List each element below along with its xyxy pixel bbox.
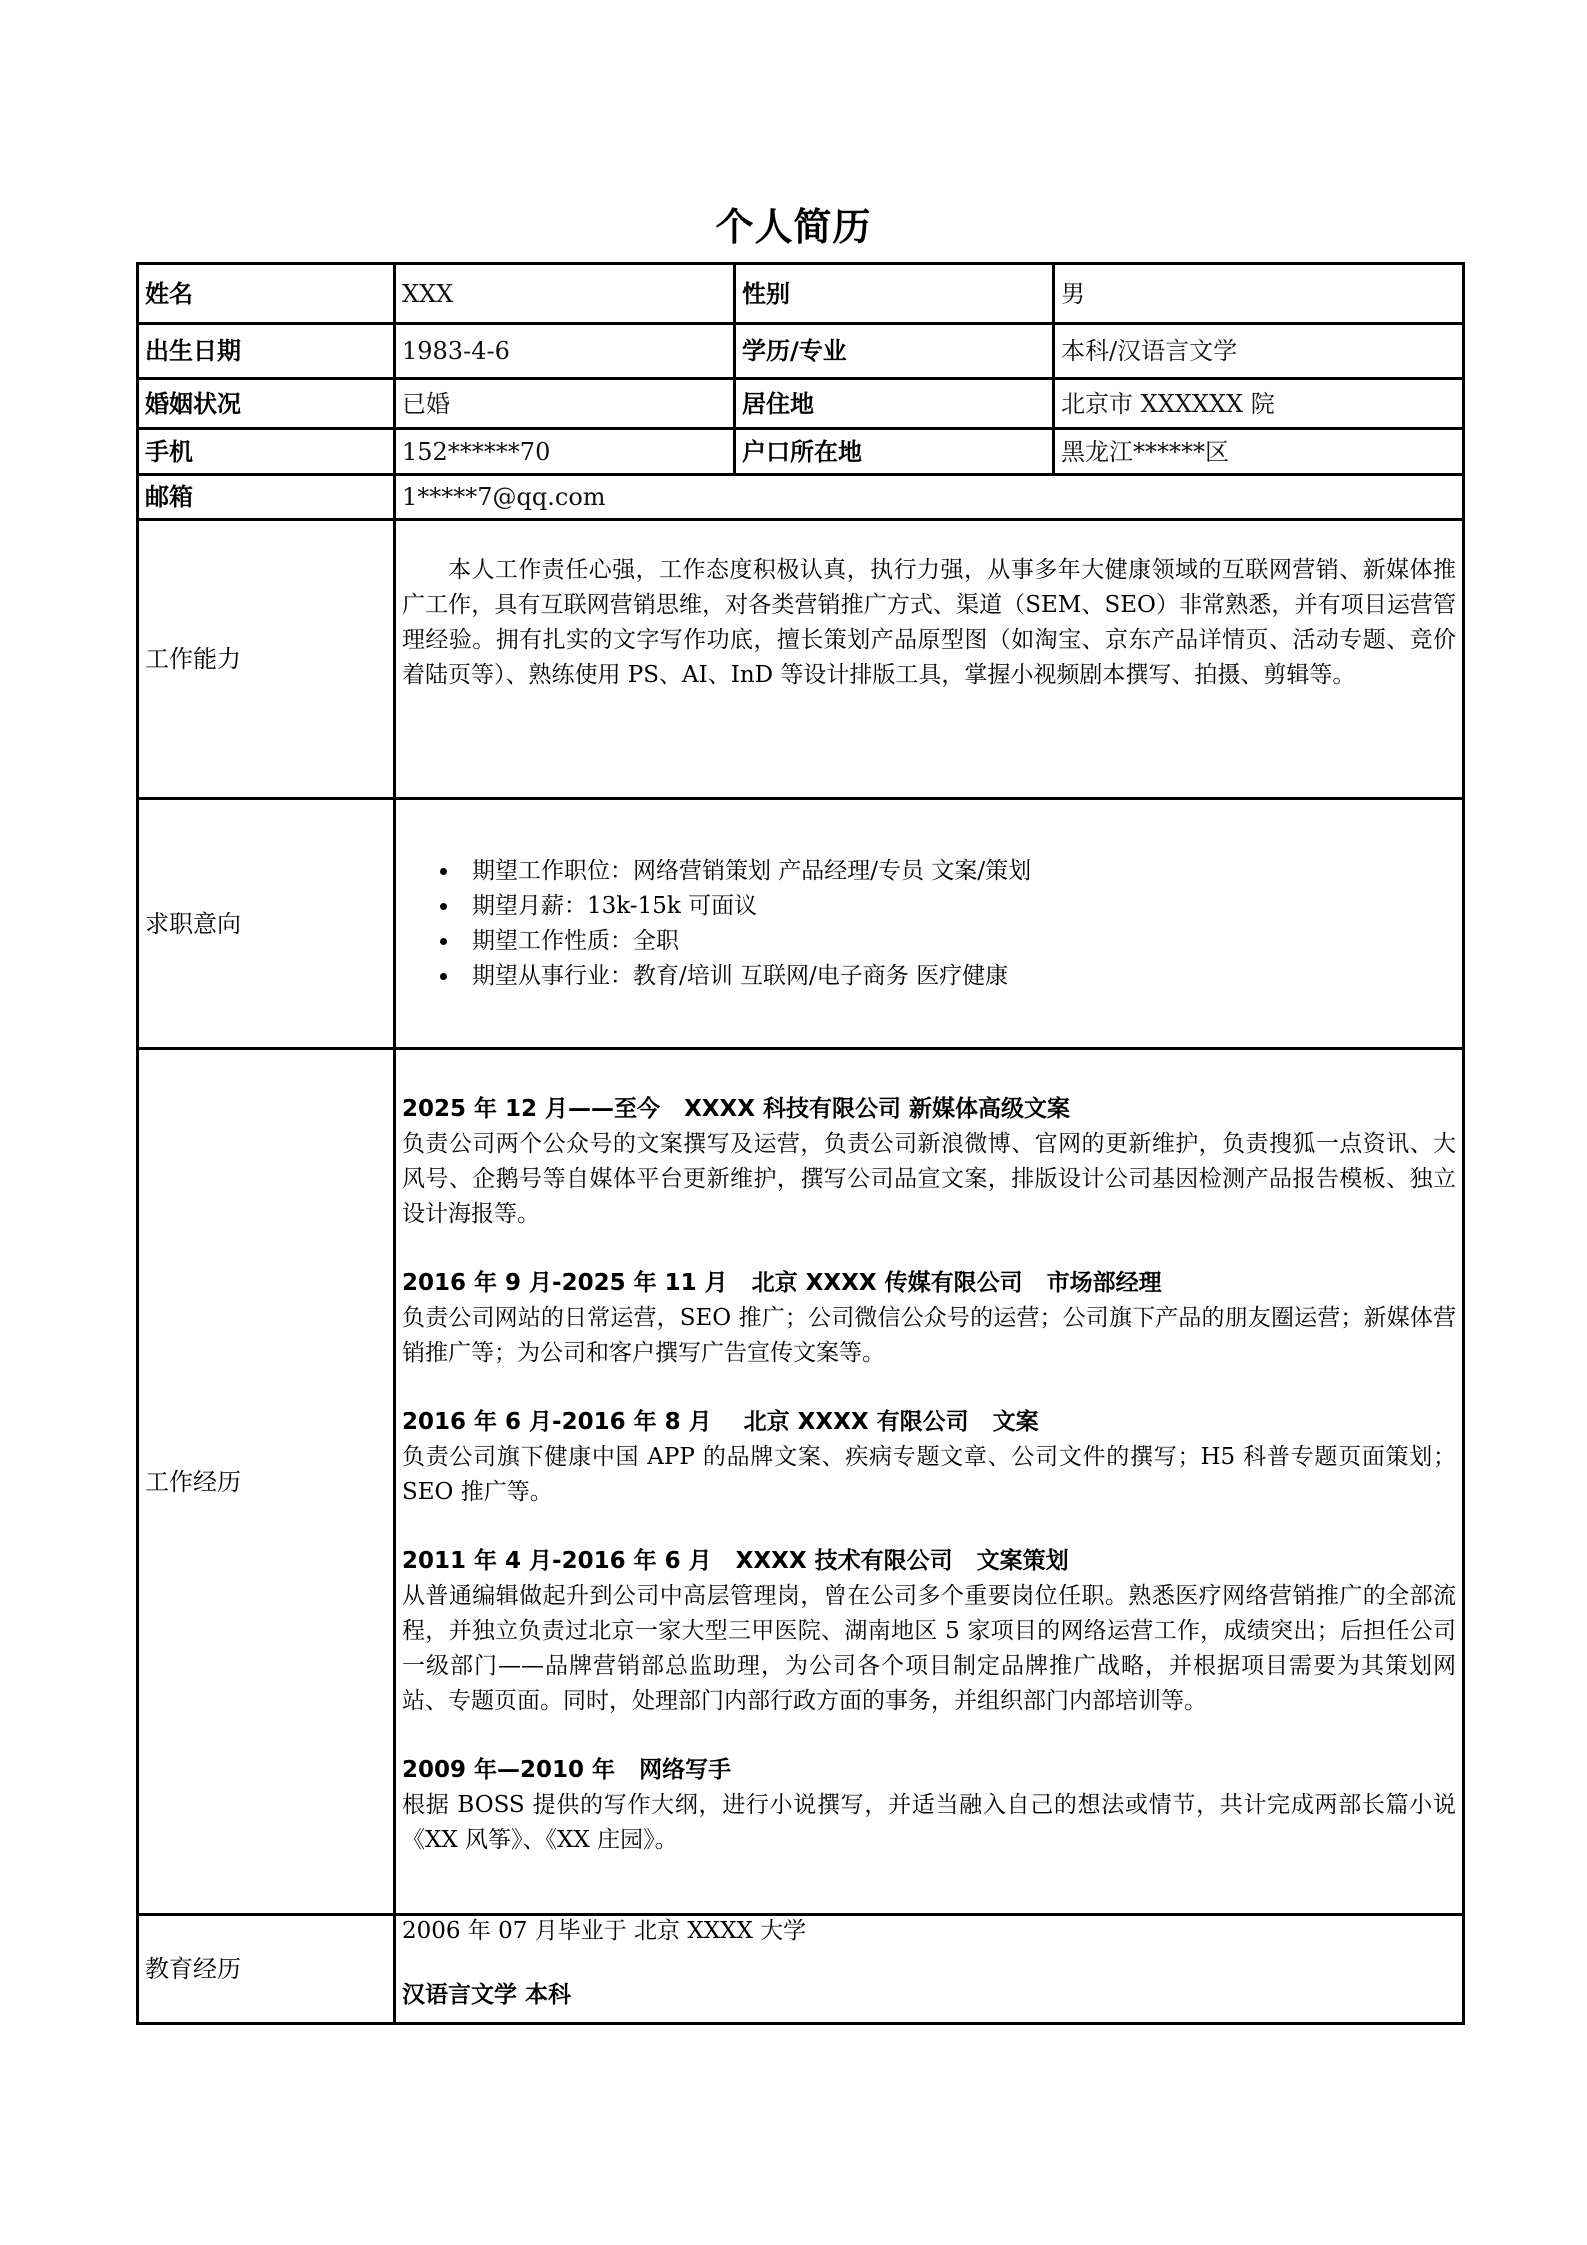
intent-salary: 期望月薪：13k-15k 可面议 [460,889,1456,924]
job-title: 2011 年 4 月-2016 年 6 月 XXXX 技术有限公司 文案策划 [402,1544,1456,1579]
job-entry: 2016 年 6 月-2016 年 8 月 北京 XXXX 有限公司 文案 负责… [402,1405,1456,1510]
abilities-label: 工作能力 [138,520,395,799]
hukou-value: 黑龙江******区 [1054,429,1464,475]
row-marital-residence: 婚姻状况 已婚 居住地 北京市 XXXXXX 院 [138,379,1464,429]
job-desc: 负责公司网站的日常运营，SEO 推广；公司微信公众号的运营；公司旗下产品的朋友圈… [402,1301,1456,1371]
name-label: 姓名 [138,264,395,324]
email-label: 邮箱 [138,475,395,520]
resume-table: 姓名 XXX 性别 男 出生日期 1983-4-6 学历/专业 本科/汉语言文学… [136,262,1465,2025]
job-entry: 2025 年 12 月——至今 XXXX 科技有限公司 新媒体高级文案 负责公司… [402,1092,1456,1232]
abilities-text: 本人工作责任心强，工作态度积极认真，执行力强，从事多年大健康领域的互联网营销、新… [402,553,1456,693]
marital-label: 婚姻状况 [138,379,395,429]
job-title: 2016 年 9 月-2025 年 11 月 北京 XXXX 传媒有限公司 市场… [402,1266,1456,1301]
row-job-intent: 求职意向 期望工作职位：网络营销策划 产品经理/专员 文案/策划 期望月薪：13… [138,799,1464,1049]
row-email: 邮箱 1*****7@qq.com [138,475,1464,520]
gender-value: 男 [1054,264,1464,324]
email-value: 1*****7@qq.com [395,475,1464,520]
degree-label: 学历/专业 [735,324,1054,379]
job-entry: 2011 年 4 月-2016 年 6 月 XXXX 技术有限公司 文案策划 从… [402,1544,1456,1719]
abilities-cell: 本人工作责任心强，工作态度积极认真，执行力强，从事多年大健康领域的互联网营销、新… [395,520,1464,799]
intent-type: 期望工作性质：全职 [460,924,1456,959]
job-desc: 根据 BOSS 提供的写作大纲，进行小说撰写，并适当融入自己的想法或情节，共计完… [402,1788,1456,1858]
row-abilities: 工作能力 本人工作责任心强，工作态度积极认真，执行力强，从事多年大健康领域的互联… [138,520,1464,799]
phone-label: 手机 [138,429,395,475]
job-entry: 2009 年—2010 年 网络写手 根据 BOSS 提供的写作大纲，进行小说撰… [402,1753,1456,1858]
hukou-label: 户口所在地 [735,429,1054,475]
work-history-label: 工作经历 [138,1049,395,1915]
residence-value: 北京市 XXXXXX 院 [1054,379,1464,429]
job-entry: 2016 年 9 月-2025 年 11 月 北京 XXXX 传媒有限公司 市场… [402,1266,1456,1371]
education-graduation: 2006 年 07 月毕业于 北京 XXXX 大学 [402,1916,1456,1946]
page-title: 个人简历 [0,196,1587,251]
row-phone-hukou: 手机 152******70 户口所在地 黑龙江******区 [138,429,1464,475]
row-education: 教育经历 2006 年 07 月毕业于 北京 XXXX 大学 汉语言文学 本科 [138,1915,1464,2024]
name-value: XXX [395,264,735,324]
job-intent-list: 期望工作职位：网络营销策划 产品经理/专员 文案/策划 期望月薪：13k-15k… [402,854,1456,994]
gender-label: 性别 [735,264,1054,324]
job-title: 2025 年 12 月——至今 XXXX 科技有限公司 新媒体高级文案 [402,1092,1456,1127]
education-cell: 2006 年 07 月毕业于 北京 XXXX 大学 汉语言文学 本科 [395,1915,1464,2024]
job-intent-cell: 期望工作职位：网络营销策划 产品经理/专员 文案/策划 期望月薪：13k-15k… [395,799,1464,1049]
intent-industry: 期望从事行业：教育/培训 互联网/电子商务 医疗健康 [460,959,1456,994]
education-major: 汉语言文学 本科 [402,1980,1456,2010]
education-label: 教育经历 [138,1915,395,2024]
phone-value: 152******70 [395,429,735,475]
job-desc: 从普通编辑做起升到公司中高层管理岗，曾在公司多个重要岗位任职。熟悉医疗网络营销推… [402,1579,1456,1719]
job-intent-label: 求职意向 [138,799,395,1049]
degree-value: 本科/汉语言文学 [1054,324,1464,379]
marital-value: 已婚 [395,379,735,429]
birth-label: 出生日期 [138,324,395,379]
row-name-gender: 姓名 XXX 性别 男 [138,264,1464,324]
job-desc: 负责公司旗下健康中国 APP 的品牌文案、疾病专题文章、公司文件的撰写；H5 科… [402,1440,1456,1510]
intent-position: 期望工作职位：网络营销策划 产品经理/专员 文案/策划 [460,854,1456,889]
job-desc: 负责公司两个公众号的文案撰写及运营，负责公司新浪微博、官网的更新维护，负责搜狐一… [402,1127,1456,1232]
job-title: 2016 年 6 月-2016 年 8 月 北京 XXXX 有限公司 文案 [402,1405,1456,1440]
residence-label: 居住地 [735,379,1054,429]
work-history-cell: 2025 年 12 月——至今 XXXX 科技有限公司 新媒体高级文案 负责公司… [395,1049,1464,1915]
job-title: 2009 年—2010 年 网络写手 [402,1753,1456,1788]
row-birth-degree: 出生日期 1983-4-6 学历/专业 本科/汉语言文学 [138,324,1464,379]
row-work-history: 工作经历 2025 年 12 月——至今 XXXX 科技有限公司 新媒体高级文案… [138,1049,1464,1915]
birth-value: 1983-4-6 [395,324,735,379]
